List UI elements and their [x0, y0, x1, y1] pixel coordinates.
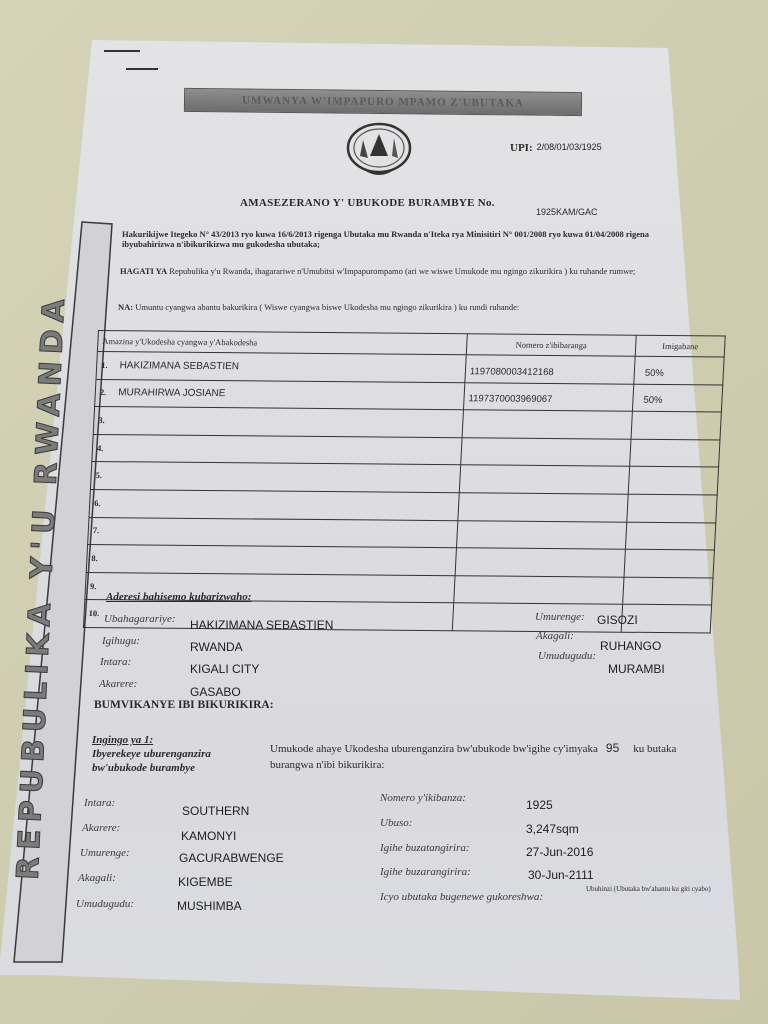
article-1-subtitle-line2: bw'ubukode burambye [92, 761, 211, 775]
province-value: KIGALI CITY [190, 662, 259, 676]
column-header-shares: Imigabane [635, 335, 725, 357]
lessee-id [459, 465, 629, 494]
parcel-cell-value: KIGEMBE [178, 875, 233, 889]
lessee-name-cell: 7. [88, 517, 458, 548]
parcel-province-value: SOUTHERN [182, 804, 249, 818]
lessee-name [111, 526, 112, 537]
article-1-text-after: ku butaka [633, 743, 676, 755]
preamble-text: Hakurikijwe Itegeko N° 43/2013 ryo kuwa … [122, 229, 670, 249]
province-label: Intara: [100, 656, 131, 668]
lessee-name-cell: 6. [89, 489, 459, 520]
lessee-name-cell: 4. [92, 434, 462, 465]
row-number: 10. [88, 608, 99, 618]
lessee-name-cell: 2.MURAHIRWA JOSIANE [95, 379, 465, 410]
plot-number-label: Nomero y'ikibanza: [380, 792, 466, 804]
document-title: AMASEZERANO Y' UBUKODE BURAMBYE No. [240, 197, 495, 209]
article-1-heading: Ingingo ya 1: Ibyerekeye uburenganzira b… [92, 733, 211, 775]
lessee-share [628, 467, 718, 495]
sector-value: GISOZI [597, 613, 638, 627]
article-1-body: Umukode ahaye Ukodesha uburenganzira bw'… [270, 740, 768, 773]
lessee-share [623, 577, 713, 605]
lessee-share: 50% [632, 384, 722, 412]
lessee-id [455, 548, 625, 577]
start-date-label: Igihe buzatangirira: [380, 842, 470, 854]
representative-value: HAKIZIMANA SEBASTIEN [190, 618, 333, 632]
lease-years: 95 [606, 741, 619, 755]
row-number: 7. [93, 525, 100, 535]
lessee-share [624, 549, 714, 577]
cell-value: RUHANGO [600, 639, 661, 653]
lessee-name-cell: 1.HAKIZIMANA SEBASTIEN [96, 352, 466, 383]
row-number: 3. [98, 415, 105, 425]
article-1-text-line2: burangwa n'ibi bikurikira: [270, 759, 384, 771]
between-paragraph: HAGATI YA Repubulika y'u Rwanda, ihagara… [120, 266, 672, 276]
start-date-value: 27-Jun-2016 [526, 845, 593, 859]
end-date-value: 30-Jun-2111 [528, 868, 594, 882]
lessee-id [461, 438, 631, 467]
sector-label: Umurenge: [535, 611, 585, 623]
lessee-name [114, 470, 115, 481]
parcel-cell-label: Akagali: [78, 872, 116, 884]
between-text: Repubulika y'u Rwanda, ihagarariwe n'Umu… [169, 266, 635, 276]
lessee-id: 1197370003969067 [463, 382, 633, 411]
parcel-province-label: Intara: [84, 797, 115, 809]
district-label: Akarere: [99, 678, 137, 690]
village-value: MURAMBI [608, 662, 665, 676]
land-use-label: Icyo ubutaka bugenewe gukoreshwa: [380, 891, 543, 903]
rwanda-coat-of-arms-icon [344, 122, 414, 178]
upi-value: 2/08/01/03/1925 [537, 142, 602, 152]
lessee-share: 50% [634, 356, 724, 384]
district-value: GASABO [190, 685, 241, 699]
row-number: 8. [91, 553, 98, 563]
area-value: 3,247sqm [526, 822, 579, 836]
country-value: RWANDA [190, 640, 243, 654]
address-heading: Aderesi bahisemo kubarizwaho: [106, 591, 251, 603]
lessee-name-cell: 3. [93, 407, 463, 438]
column-header-id: Nomero z'ibibaranga [466, 334, 636, 356]
lessee-share [630, 439, 720, 467]
lessee-id [462, 410, 632, 439]
country-label: Igihugu: [102, 635, 140, 647]
article-1-text: Umukode ahaye Ukodesha uburenganzira bw'… [270, 743, 598, 755]
header-banner: UMWANYA W'IMPAPURO MPAMO Z'UBUTAKA [184, 88, 582, 116]
lessee-name [117, 415, 118, 426]
lessee-name [112, 498, 113, 509]
lessees-table: Amazina y'Ukodesha cyangwa y'Abakodesha … [83, 330, 726, 633]
representative-label: Ubahagarariye: [104, 613, 176, 625]
between-label: HAGATI YA [120, 266, 167, 276]
parcel-sector-value: GACURABWENGE [179, 851, 284, 865]
row-number: 5. [95, 470, 102, 480]
lessee-name: HAKIZIMANA SEBASTIEN [119, 360, 239, 372]
and-paragraph: NA: Umuntu cyangwa abantu bakurikira ( W… [118, 302, 678, 312]
lessee-name [115, 443, 116, 454]
pen-mark-line [126, 68, 158, 70]
document-number: 1925KAM/GAC [536, 207, 598, 217]
upi-label: UPI: [510, 142, 533, 154]
agreement-heading: BUMVIKANYE IBI BIKURIKIRA: [94, 699, 274, 711]
parcel-sector-label: Umurenge: [80, 847, 130, 859]
lessee-name-cell: 5. [90, 462, 460, 493]
lessee-name [110, 553, 111, 564]
parcel-district-value: KAMONYI [181, 829, 236, 843]
lessee-share [631, 411, 721, 439]
and-label: NA: [118, 302, 133, 312]
lessee-id [456, 520, 626, 549]
parcel-district-label: Akarere: [82, 822, 120, 834]
and-text: Umuntu cyangwa abantu bakurikira ( Wiswe… [135, 302, 519, 312]
area-label: Ubuso: [380, 817, 412, 829]
plot-number-value: 1925 [526, 798, 553, 812]
cell-label: Akagali: [536, 630, 574, 642]
row-number: 6. [94, 498, 101, 508]
lessee-id [458, 493, 628, 522]
pen-mark-line [104, 50, 140, 52]
article-1-title: Ingingo ya 1: [92, 733, 211, 747]
lessee-name-cell: 8. [86, 545, 456, 576]
lessee-share [625, 522, 715, 550]
lessee-id [454, 575, 624, 604]
row-number: 1. [101, 360, 108, 370]
row-number: 2. [100, 387, 107, 397]
lessee-name: MURAHIRWA JOSIANE [118, 388, 226, 400]
upi: UPI:2/08/01/03/1925 [510, 142, 533, 154]
article-1-subtitle-line1: Ibyerekeye uburenganzira [92, 747, 211, 761]
row-number: 4. [97, 443, 104, 453]
lessee-share [627, 494, 717, 522]
row-number: 9. [90, 581, 97, 591]
parcel-village-value: MUSHIMBA [177, 899, 242, 913]
village-label: Umudugudu: [538, 650, 596, 662]
parcel-village-label: Umudugudu: [76, 898, 134, 910]
lessee-id: 1197080003412168 [465, 355, 635, 384]
land-use-value: Ubuhinzi (Ubutaka bw'abantu ku giti cyab… [586, 885, 711, 893]
end-date-label: Igihe buzarangirira: [380, 866, 471, 878]
